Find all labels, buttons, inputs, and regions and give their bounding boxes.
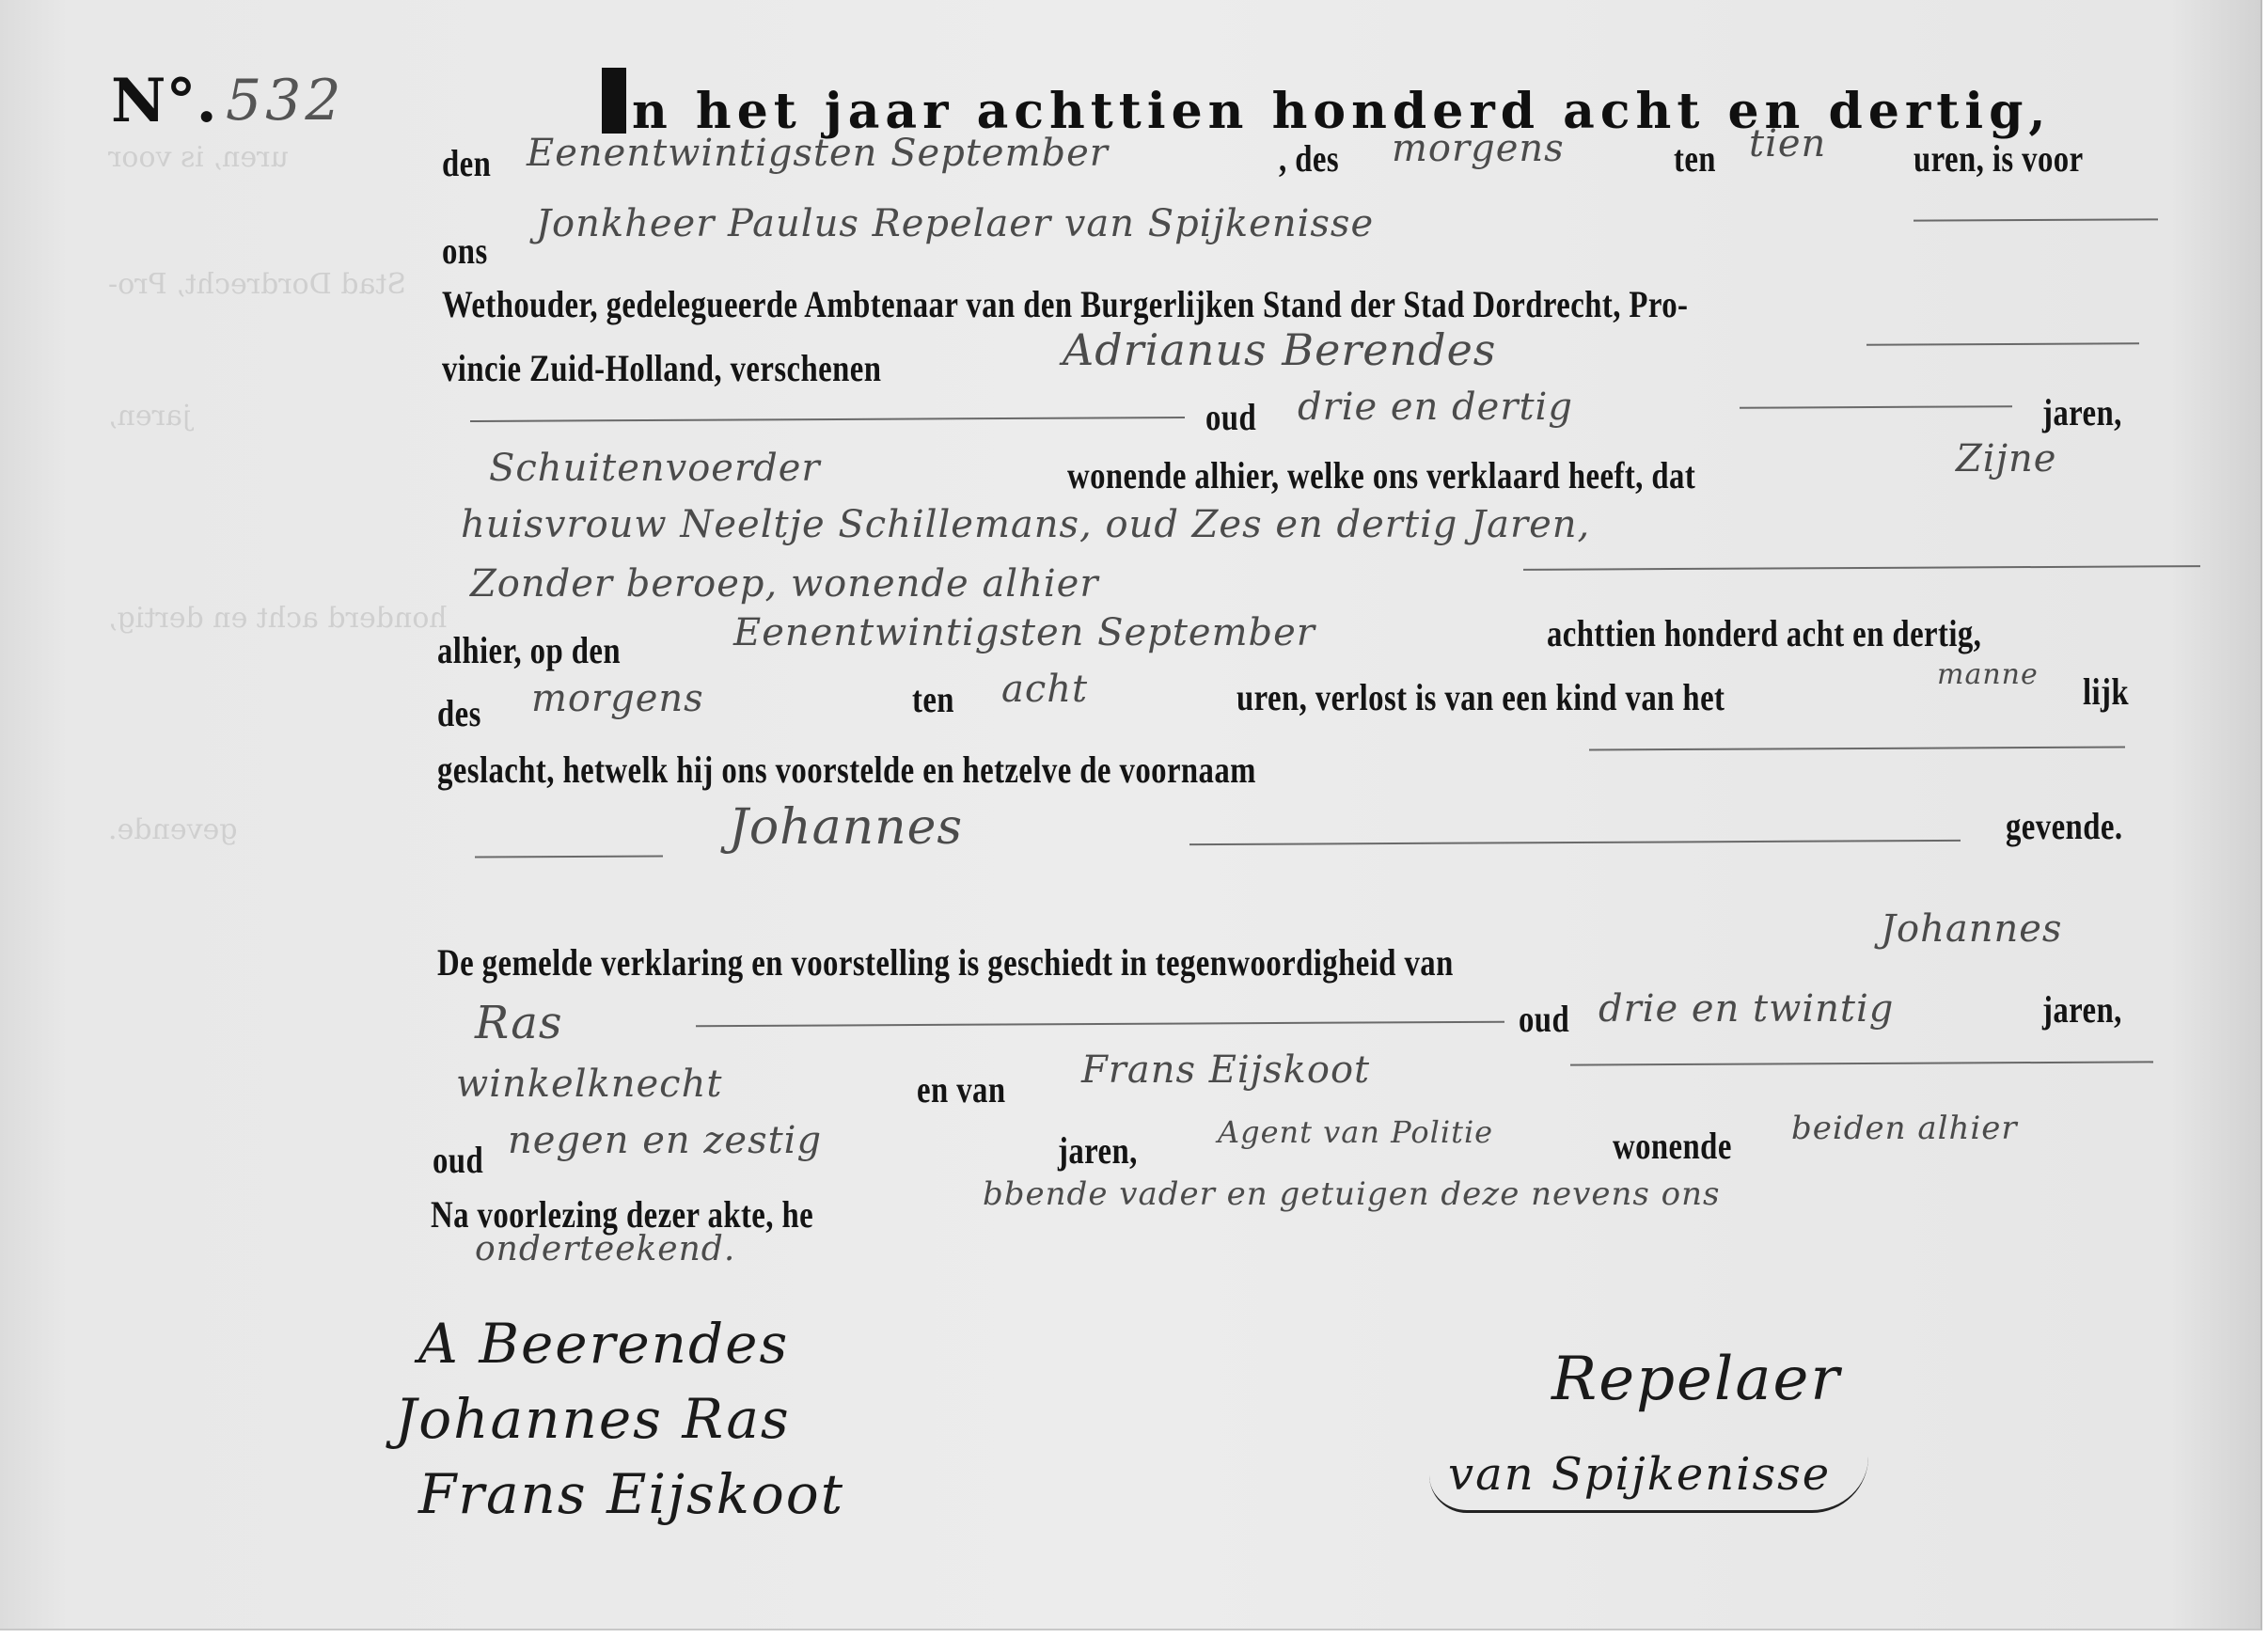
handwritten-residence: beiden alhier xyxy=(1791,1110,2018,1147)
printed-ons: ons xyxy=(442,228,488,273)
bleedthrough-text: honderd acht en dertig, xyxy=(108,602,448,635)
signature-witness2: Frans Eijskoot xyxy=(418,1462,844,1526)
printed-gevende: gevende. xyxy=(2006,804,2122,848)
handwritten-mother-2: huisvrouw Neeltje Schillemans, oud Zes e… xyxy=(461,503,1590,546)
printed-ten: ten xyxy=(1674,136,1716,181)
bleedthrough-text: gevende. xyxy=(108,813,237,846)
handwritten-sex: manne xyxy=(1937,658,2039,691)
handwritten-birth-time-of-day: morgens xyxy=(531,677,704,720)
printed-oud: oud xyxy=(1519,997,1569,1041)
bleedthrough-text: uren, is voor xyxy=(108,141,289,174)
handwritten-mother-3: Zonder beroep, wonende alhier xyxy=(470,562,1098,606)
printed-oud: oud xyxy=(433,1138,483,1182)
printed-line-wonende: wonende alhier, welke ons verklaard heef… xyxy=(1067,453,1695,497)
printed-uren-is-voor: uren, is voor xyxy=(1914,136,2084,181)
printed-line-verschenen: vincie Zuid-Holland, verschenen xyxy=(442,346,881,390)
drop-cap xyxy=(602,68,626,134)
fill-line xyxy=(475,855,663,858)
printed-gemelde-verklaring: De gemelde verklaring en voorstelling is… xyxy=(437,940,1454,984)
signature-declarant: A Beerendes xyxy=(418,1312,789,1376)
fill-line xyxy=(1589,747,2125,751)
handwritten-witness2-name: Frans Eijskoot xyxy=(1081,1048,1370,1092)
fill-line xyxy=(696,1021,1504,1028)
handwritten-witness1-age: drie en twintig xyxy=(1599,987,1894,1031)
record-number: 532 xyxy=(226,68,345,134)
handwritten-witness1-first: Johannes xyxy=(1881,907,2062,951)
bleedthrough-text: Stad Dordrecht, Pro- xyxy=(108,268,406,301)
printed-uren-verlost: uren, verlost is van een kind van het xyxy=(1236,675,1725,719)
handwritten-closing-1: bbende vader en getuigen deze nevens ons xyxy=(983,1175,1720,1213)
handwritten-birth-date: Eenentwintigsten September xyxy=(733,611,1315,654)
handwritten-witness2-occupation: Agent van Politie xyxy=(1218,1114,1493,1150)
fill-line xyxy=(1189,840,1961,845)
printed-alhier-op-den: alhier, op den xyxy=(437,628,621,672)
fill-line xyxy=(470,417,1185,422)
printed-ten: ten xyxy=(912,677,954,721)
printed-en-van: en van xyxy=(917,1067,1006,1111)
document-title: n het jaar achttien honderd acht en dert… xyxy=(602,68,2052,140)
handwritten-witness2-age: negen en zestig xyxy=(508,1119,822,1162)
handwritten-closing-2: onderteekend. xyxy=(475,1230,735,1268)
handwritten-date: Eenentwintigsten September xyxy=(527,132,1109,175)
handwritten-birth-hour: acht xyxy=(1001,668,1088,711)
signature-official-2: van Spijkenisse xyxy=(1429,1448,1868,1513)
record-number-label: N°. xyxy=(111,66,217,136)
handwritten-witness1-last: Ras xyxy=(475,997,563,1049)
printed-oud: oud xyxy=(1205,395,1256,439)
printed-achttien-honderd: achttien honderd acht en dertig, xyxy=(1547,611,1981,655)
fill-line xyxy=(1523,565,2200,571)
handwritten-declarant-age: drie en dertig xyxy=(1298,386,1573,429)
printed-jaren: jaren, xyxy=(2042,987,2122,1032)
printed-des: , des xyxy=(1279,136,1339,181)
printed-geslacht: geslacht, hetwelk hij ons voorstelde en … xyxy=(437,748,1256,792)
handwritten-occupation: Schuitenvoerder xyxy=(489,447,821,490)
handwritten-time-of-day: morgens xyxy=(1392,127,1565,170)
printed-den: den xyxy=(442,141,491,185)
bleedthrough-text: jaren, xyxy=(108,400,191,433)
handwritten-hour: tien xyxy=(1749,122,1826,165)
printed-jaren: jaren, xyxy=(1058,1128,1138,1173)
signature-witness1: Johannes Ras xyxy=(395,1387,791,1451)
handwritten-declarant-name: Adrianus Berendes xyxy=(1063,324,1496,375)
printed-jaren: jaren, xyxy=(2042,390,2122,434)
document-page: uren, is voor Stad Dordrecht, Pro- jaren… xyxy=(0,0,2262,1630)
printed-des: des xyxy=(437,691,481,735)
handwritten-witness1-occupation: winkelknecht xyxy=(456,1063,722,1106)
signature-official-1: Repelaer xyxy=(1551,1345,1841,1414)
fill-line xyxy=(1570,1061,2153,1065)
printed-line-wethouder: Wethouder, gedelegueerde Ambtenaar van d… xyxy=(442,282,1688,326)
fill-line xyxy=(1914,218,2158,221)
fill-line xyxy=(1740,405,2012,409)
fill-line xyxy=(1866,342,2139,346)
printed-wonende: wonende xyxy=(1613,1124,1732,1168)
handwritten-official: Jonkheer Paulus Repelaer van Spijkenisse xyxy=(536,202,1374,245)
printed-lijk: lijk xyxy=(2083,669,2129,714)
handwritten-mother-1: Zijne xyxy=(1956,437,2056,480)
handwritten-child-name: Johannes xyxy=(729,799,963,856)
